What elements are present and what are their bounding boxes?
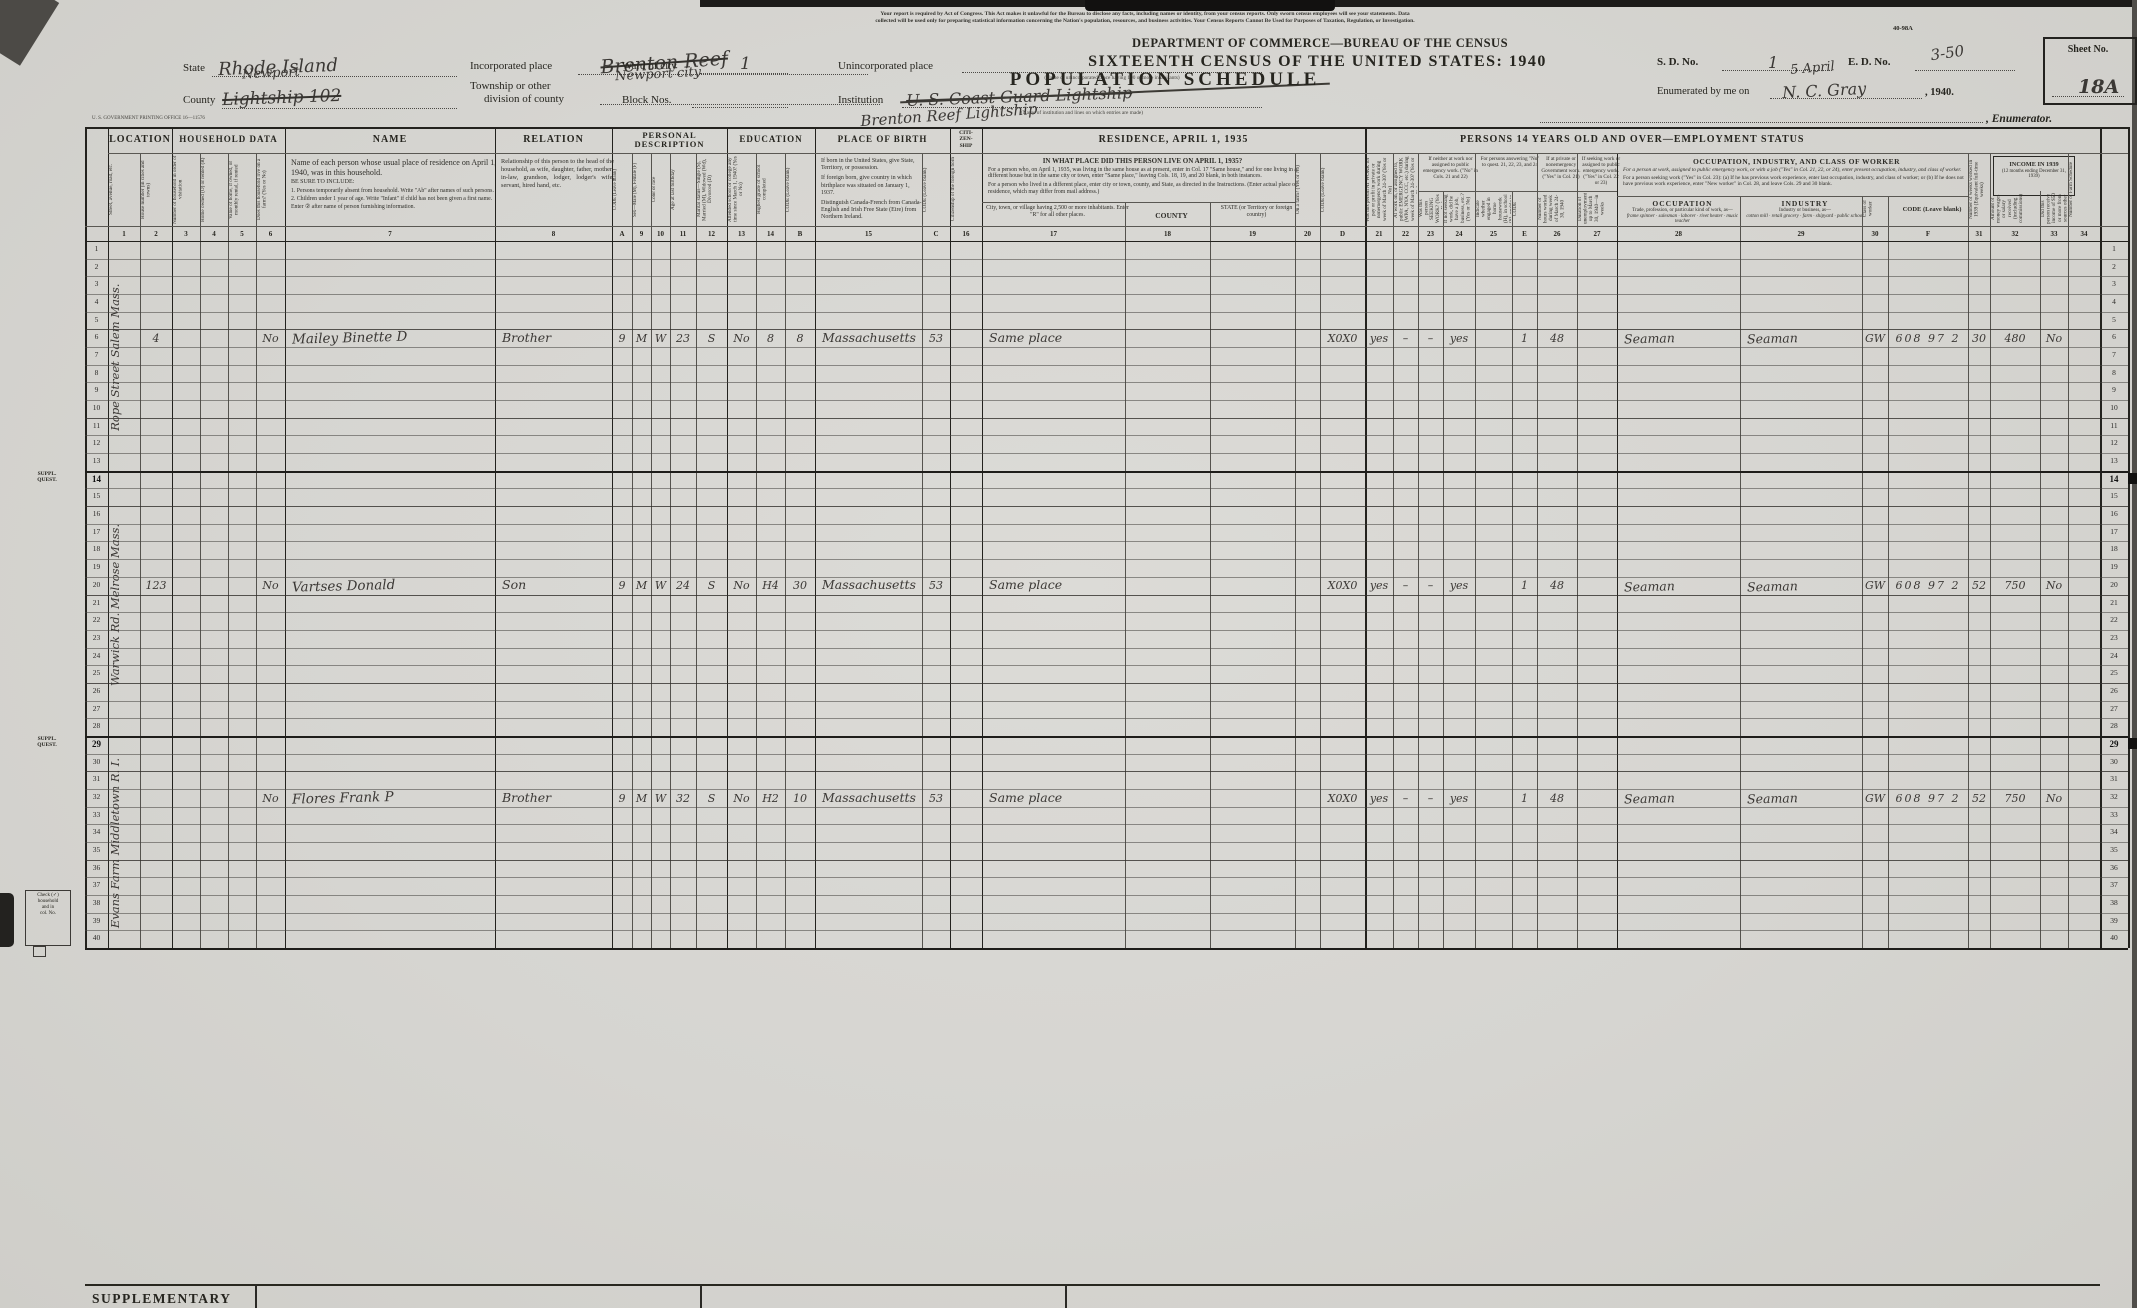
grid-vline-4 (200, 153, 201, 948)
line-number-left-7: 7 (85, 350, 108, 365)
line-number-right-13: 13 (2100, 456, 2128, 471)
column-header-c8: Relationship of this person to the head … (497, 156, 618, 229)
suppl-quest-label-14: SUPPL. QUEST. (28, 471, 66, 487)
column-header-c29-text: INDUSTRY (1744, 199, 1866, 208)
line-number-right-24: 24 (2100, 651, 2128, 666)
entry-c9-line-32: M (632, 786, 651, 806)
line-number-left-14: 14 (85, 474, 108, 489)
check-note-square (33, 946, 46, 957)
line-number-right-12: 12 (2100, 438, 2128, 453)
grid-vline-30 (1512, 191, 1513, 948)
column-header-c15-text: If foreign born, give country in which b… (821, 175, 924, 197)
line-number-left-22: 22 (85, 615, 108, 630)
column-header-c32: Amount of money wages or salary received… (1991, 193, 2039, 224)
entry-cA-line-20: 9 (612, 574, 632, 594)
line-number-left-28: 28 (85, 721, 108, 736)
entry-c13-line-20: No (727, 574, 756, 594)
line-number-left-30: 30 (85, 757, 108, 772)
line-number-left-18: 18 (85, 544, 108, 559)
column-header-c14: Highest grade of school completed (757, 155, 784, 224)
supplementary-title: SUPPLEMENTARY (92, 1291, 232, 1307)
population-schedule-table: LOCATIONHOUSEHOLD DATANAMERELATIONPERSON… (0, 0, 2137, 1308)
entry-cD-line-6: X0X0 (1320, 326, 1365, 346)
entry-c8-line-20: Son (495, 574, 619, 594)
grid-vline-22 (1210, 203, 1211, 948)
column-header-c1: Street, avenue, road, etc. (109, 155, 139, 224)
entry-c26-line-20: 48 (1537, 574, 1577, 594)
row-line-25 (85, 683, 2128, 684)
entry-c29-line-20: Seaman (1740, 572, 1869, 595)
column-header-c9: Sex—Male (M), Female (F) (633, 155, 650, 224)
emp-header-answering-no-group: For persons answering "No" to quest. 21,… (1475, 155, 1545, 195)
entry-c12-line-6: S (696, 326, 727, 346)
row-line-12 (85, 453, 2128, 454)
line-number-left-20: 20 (85, 580, 108, 595)
supplementary-rule (85, 1284, 2100, 1286)
entry-c32-line-20: 750 (1990, 574, 2040, 594)
grid-vline-42 (2128, 127, 2130, 948)
line-number-right-9: 9 (2100, 385, 2128, 400)
grid-vline-33 (1617, 153, 1618, 948)
suppl-quest-label-29: SUPPL. QUEST. (28, 736, 66, 752)
grid-vline-5 (228, 153, 229, 948)
line-number-left-25: 25 (85, 668, 108, 683)
occupation-group-header-text: For a person at work, assigned to public… (1623, 167, 1970, 173)
row-line-2 (85, 276, 2128, 277)
entry-c29-line-6: Seaman (1740, 325, 1869, 348)
entry-c9-line-6: M (632, 326, 651, 346)
line-number-left-36: 36 (85, 863, 108, 878)
line-number-right-15: 15 (2100, 491, 2128, 506)
grid-hline-1 (108, 153, 2128, 154)
line-number-right-25: 25 (2100, 668, 2128, 683)
column-header-c28-text: frame spinner · salesman · laborer · riv… (1621, 214, 1744, 225)
entry-c2-line-6: 4 (140, 326, 172, 346)
line-number-left-37: 37 (85, 880, 108, 895)
line-number-left-33: 33 (85, 810, 108, 825)
column-header-c23: Was this person SEEKING WORK? (Yes or No… (1419, 193, 1442, 224)
line-number-right-33: 33 (2100, 810, 2128, 825)
row-line-28 (85, 736, 2128, 738)
row-line-6 (85, 347, 2128, 348)
line-number-left-10: 10 (85, 403, 108, 418)
column-header-c3: Number of household in order of visitati… (173, 155, 199, 224)
entry-cD-line-20: X0X0 (1320, 574, 1365, 594)
line-number-right-19: 19 (2100, 562, 2128, 577)
line-number-right-1: 1 (2100, 244, 2128, 259)
line-number-right-30: 30 (2100, 757, 2128, 772)
line-number-left-5: 5 (85, 315, 108, 330)
entry-c11-line-32: 32 (670, 786, 696, 806)
line-number-right-18: 18 (2100, 544, 2128, 559)
grid-vline-37 (1968, 153, 1969, 948)
column-header-c16: Citizenship of the foreign born (951, 155, 981, 224)
row-line-37 (85, 895, 2128, 896)
grid-hline-6 (85, 241, 2128, 242)
entry-cC-line-20: 53 (922, 574, 950, 594)
entry-c30-line-6: GW (1862, 326, 1888, 346)
line-number-left-21: 21 (85, 598, 108, 613)
row-line-38 (85, 913, 2128, 914)
column-header-c15-text: Distinguish Canada-French from Canada-En… (821, 200, 924, 222)
line-number-right-38: 38 (2100, 898, 2128, 913)
entry-c24-line-32: yes (1443, 786, 1475, 806)
income-group-header-text: (12 months ending December 31, 1939) (1998, 169, 2070, 180)
line-number-right-37: 37 (2100, 880, 2128, 895)
column-header-c21: Was this person AT WORK for pay or profi… (1366, 155, 1392, 224)
line-number-right-32: 32 (2100, 792, 2128, 807)
line-number-left-3: 3 (85, 279, 108, 294)
entry-c6-line-6: No (256, 326, 285, 346)
grid-vline-2 (140, 153, 141, 948)
grid-vline-16 (785, 153, 786, 948)
column-header-c12: Marital status—Single (S), Married (M), … (697, 155, 726, 224)
grid-hline-3 (1418, 191, 1617, 192)
entry-c10-line-32: W (651, 786, 670, 806)
entry-c28-line-32: Seaman (1617, 784, 1747, 807)
column-header-c7-text: 1. Persons temporarily absent from house… (291, 188, 497, 195)
grid-vline-28 (1443, 191, 1444, 948)
entry-c31-line-32: 52 (1968, 786, 1990, 806)
grid-vline-39 (2040, 191, 2041, 948)
line-number-right-34: 34 (2100, 827, 2128, 842)
line-number-right-3: 3 (2100, 279, 2128, 294)
line-number-left-1: 1 (85, 244, 108, 259)
line-number-right-23: 23 (2100, 633, 2128, 648)
column-header-c4: Home owned (O) or rented (R) (201, 155, 227, 224)
grid-vline-27 (1418, 153, 1419, 948)
grid-vline-40 (2068, 153, 2069, 948)
entry-c23-line-20: – (1418, 574, 1443, 594)
line-number-right-35: 35 (2100, 845, 2128, 860)
entry-c14-line-32: H2 (756, 786, 785, 806)
column-header-c24: If not seeking work, did he have a job, … (1444, 193, 1474, 224)
line-number-right-16: 16 (2100, 509, 2128, 524)
column-header-c26: Number of hours worked during week of Ma… (1538, 193, 1576, 224)
check-note-line-4: col. No. (27, 911, 69, 917)
line-number-left-12: 12 (85, 438, 108, 453)
entry-c32-line-6: 480 (1990, 326, 2040, 346)
entry-c17-line-6: Same place (982, 326, 1132, 346)
line-number-left-15: 15 (85, 491, 108, 506)
income-group-header: INCOME IN 1939(12 months ending December… (1993, 156, 2075, 196)
entry-cC-line-32: 53 (922, 786, 950, 806)
row-line-15 (85, 506, 2128, 507)
line-number-right-2: 2 (2100, 262, 2128, 277)
entry-c23-line-6: – (1418, 326, 1443, 346)
line-number-left-16: 16 (85, 509, 108, 524)
line-number-left-9: 9 (85, 385, 108, 400)
entry-c32-line-32: 750 (1990, 786, 2040, 806)
entry-c23-line-32: – (1418, 786, 1443, 806)
entry-cF-line-32: 608 97 2 (1888, 786, 1968, 806)
row-line-9 (85, 400, 2128, 401)
entry-c8-line-32: Brother (495, 786, 619, 806)
entry-c31-line-20: 52 (1968, 574, 1990, 594)
entry-c7-line-20: Vartses Donald (285, 571, 502, 596)
row-line-23 (85, 648, 2128, 649)
column-header-c33: Did this person receive income of $50 or… (2041, 193, 2067, 224)
column-header-c15: If born in the United States, give State… (817, 156, 928, 229)
line-number-right-7: 7 (2100, 350, 2128, 365)
entry-c6-line-32: No (256, 786, 285, 806)
row-line-22 (85, 630, 2128, 631)
line-number-right-40: 40 (2100, 933, 2128, 948)
line-number-right-5: 5 (2100, 315, 2128, 330)
entry-c29-line-32: Seaman (1740, 784, 1869, 807)
entry-c21-line-20: yes (1365, 574, 1393, 594)
entry-c22-line-20: – (1393, 574, 1418, 594)
entry-c22-line-6: – (1393, 326, 1418, 346)
grid-vline-26 (1393, 153, 1394, 948)
entry-cF-line-20: 608 97 2 (1888, 574, 1968, 594)
line-number-left-13: 13 (85, 456, 108, 471)
entry-c13-line-6: No (727, 326, 756, 346)
entry-c6-line-20: No (256, 574, 285, 594)
column-header-c10: Color or race (652, 155, 669, 224)
entry-c22-line-32: – (1393, 786, 1418, 806)
supplementary-tick-1 (255, 1284, 257, 1308)
column-header-c22: At work on, or assigned to, public EMERG… (1394, 155, 1417, 224)
line-number-left-29: 29 (85, 739, 108, 754)
row-line-20 (85, 595, 2128, 596)
column-header-cD: CODE (Leave blank) (1321, 155, 1364, 224)
entry-c10-line-6: W (651, 326, 670, 346)
entry-cE-line-6: 1 (1512, 326, 1537, 346)
grid-vline-38 (1990, 153, 1991, 948)
entry-c30-line-20: GW (1862, 574, 1888, 594)
entry-c17-line-32: Same place (982, 786, 1132, 806)
entry-c2-line-20: 123 (140, 574, 172, 594)
line-number-right-11: 11 (2100, 421, 2128, 436)
entry-c30-line-32: GW (1862, 786, 1888, 806)
grid-vline-15 (756, 153, 757, 948)
street-entry-2: Warwick Rd. Melrose Mass. (110, 475, 139, 734)
entry-c10-line-20: W (651, 574, 670, 594)
occupation-group-header-text: OCCUPATION, INDUSTRY, AND CLASS OF WORKE… (1623, 157, 1970, 166)
row-line-17 (85, 541, 2128, 542)
column-header-cE: CODE (1513, 193, 1536, 224)
row-line-1 (85, 259, 2128, 260)
column-header-c7-text: Name of each person whose usual place of… (291, 158, 497, 177)
column-header-c5: Value of home, if owned, or monthly rent… (229, 155, 255, 224)
line-number-left-19: 19 (85, 562, 108, 577)
row-line-27 (85, 718, 2128, 719)
entry-c15-line-20: Massachusetts (815, 574, 929, 594)
row-line-18 (85, 559, 2128, 560)
column-header-c7-text: Enter ② after name of person furnishing … (291, 204, 497, 211)
row-line-26 (85, 701, 2128, 702)
row-line-33 (85, 824, 2128, 825)
line-number-right-29: 29 (2100, 739, 2128, 754)
column-header-c7-text: 2. Children under 1 year of age. Write "… (291, 196, 497, 203)
row-line-8 (85, 382, 2128, 383)
column-header-c13: Attended school or college any time sinc… (728, 155, 755, 224)
entry-cE-line-20: 1 (1512, 574, 1537, 594)
line-number-left-11: 11 (85, 421, 108, 436)
supplementary-tick-3 (1065, 1284, 1067, 1308)
line-number-left-32: 32 (85, 792, 108, 807)
grid-vline-24 (1320, 153, 1321, 948)
entry-c12-line-32: S (696, 786, 727, 806)
street-entry-3: Evans Farm Middletown R. I. (110, 740, 139, 946)
emp-header-seeking-group: If neither at work nor assigned to publi… (1418, 155, 1483, 195)
street-entry-1: Rope Street Salem Mass. (110, 245, 139, 469)
entry-c15-line-6: Massachusetts (815, 326, 929, 346)
entry-c24-line-20: yes (1443, 574, 1475, 594)
line-number-left-17: 17 (85, 527, 108, 542)
entry-c28-line-20: Seaman (1617, 572, 1747, 595)
row-line-35 (85, 860, 2128, 861)
entry-cB-line-20: 30 (785, 574, 815, 594)
entry-cF-line-6: 608 97 2 (1888, 326, 1968, 346)
column-header-c11: Age at last birthday (671, 155, 695, 224)
line-number-left-23: 23 (85, 633, 108, 648)
line-number-right-10: 10 (2100, 403, 2128, 418)
check-note-box: Check (✓) household and in col. No. (25, 890, 71, 946)
row-line-21 (85, 612, 2128, 613)
supplementary-tick-2 (700, 1284, 702, 1308)
column-header-c7: Name of each person whose usual place of… (287, 156, 501, 229)
entry-c33-line-32: No (2040, 786, 2068, 806)
entry-c7-line-6: Mailey Binette D (285, 324, 502, 349)
column-header-c7-text: BE SURE TO INCLUDE: (291, 179, 497, 187)
entry-c26-line-6: 48 (1537, 326, 1577, 346)
entry-c7-line-32: Flores Frank P (285, 783, 502, 808)
column-header-c29-text: cotton mill · retail grocery · farm · sh… (1744, 214, 1866, 220)
row-line-16 (85, 524, 2128, 525)
entry-c17-line-20: Same place (982, 574, 1132, 594)
entry-cC-line-6: 53 (922, 326, 950, 346)
line-number-left-35: 35 (85, 845, 108, 860)
entry-c15-line-32: Massachusetts (815, 786, 929, 806)
row-line-4 (85, 312, 2128, 313)
line-number-right-22: 22 (2100, 615, 2128, 630)
entry-c12-line-20: S (696, 574, 727, 594)
grid-vline-23 (1295, 153, 1296, 948)
grid-vline-10 (632, 153, 633, 948)
entry-c24-line-6: yes (1443, 326, 1475, 346)
entry-c8-line-6: Brother (495, 326, 619, 346)
row-line-3 (85, 294, 2128, 295)
row-line-7 (85, 365, 2128, 366)
line-number-left-27: 27 (85, 704, 108, 719)
row-line-36 (85, 877, 2128, 878)
row-line-13 (85, 471, 2128, 473)
census-sheet: Your report is required by Act of Congre… (0, 0, 2137, 1308)
line-number-left-8: 8 (85, 368, 108, 383)
line-number-right-4: 4 (2100, 297, 2128, 312)
row-line-30 (85, 771, 2128, 772)
income-group-header-text: INCOME IN 1939 (1998, 161, 2070, 169)
entry-c33-line-20: No (2040, 574, 2068, 594)
entry-cA-line-32: 9 (612, 786, 632, 806)
grid-hline-5 (85, 226, 2128, 227)
row-line-39 (85, 930, 2128, 931)
row-line-24 (85, 665, 2128, 666)
line-number-right-17: 17 (2100, 527, 2128, 542)
entry-cD-line-32: X0X0 (1320, 786, 1365, 806)
row-line-11 (85, 435, 2128, 436)
grid-vline-36 (1888, 197, 1889, 948)
grid-hline-2 (982, 202, 1295, 203)
entry-c21-line-32: yes (1365, 786, 1393, 806)
row-line-10 (85, 418, 2128, 419)
residence-instructions-text: IN WHAT PLACE DID THIS PERSON LIVE ON AP… (988, 157, 1297, 166)
line-number-left-4: 4 (85, 297, 108, 312)
line-number-right-27: 27 (2100, 704, 2128, 719)
entry-c31-line-6: 30 (1968, 326, 1990, 346)
entry-c14-line-20: H4 (756, 574, 785, 594)
line-number-right-28: 28 (2100, 721, 2128, 736)
grid-vline-32 (1577, 153, 1578, 948)
line-number-right-6: 6 (2100, 332, 2128, 347)
line-number-left-39: 39 (85, 916, 108, 931)
grid-vline-29 (1475, 153, 1476, 948)
line-number-left-38: 38 (85, 898, 108, 913)
column-header-cB: CODE (Leave blank) (786, 155, 814, 224)
occupation-group-header: OCCUPATION, INDUSTRY, AND CLASS OF WORKE… (1619, 155, 1974, 200)
column-header-c27: Duration of unemployment up to March 30,… (1578, 193, 1616, 224)
entry-cB-line-6: 8 (785, 326, 815, 346)
line-number-right-14: 14 (2100, 474, 2128, 489)
entry-c21-line-6: yes (1365, 326, 1393, 346)
entry-c13-line-32: No (727, 786, 756, 806)
grid-vline-13 (696, 153, 697, 948)
line-number-right-36: 36 (2100, 863, 2128, 878)
grid-hline-4 (1617, 196, 1968, 197)
occupation-group-header-text: For a person seeking work ("Yes" in Col.… (1623, 175, 1970, 187)
line-number-left-6: 6 (85, 332, 108, 347)
line-number-left-40: 40 (85, 933, 108, 948)
row-line-29 (85, 754, 2128, 755)
entry-cB-line-32: 10 (785, 786, 815, 806)
grid-hline-0 (85, 127, 2128, 129)
grid-vline-12 (670, 153, 671, 948)
entry-cA-line-6: 9 (612, 326, 632, 346)
column-header-c15-text: If born in the United States, give State… (821, 158, 924, 172)
row-line-34 (85, 842, 2128, 843)
line-number-right-26: 26 (2100, 686, 2128, 701)
row-line-14 (85, 488, 2128, 489)
row-line-32 (85, 807, 2128, 808)
line-number-left-31: 31 (85, 774, 108, 789)
line-number-right-20: 20 (2100, 580, 2128, 595)
row-line-40 (85, 948, 2128, 950)
column-header-c28-text: OCCUPATION (1621, 199, 1744, 208)
line-number-left-26: 26 (85, 686, 108, 701)
line-number-left-34: 34 (85, 827, 108, 842)
entry-c9-line-20: M (632, 574, 651, 594)
entry-c14-line-6: 8 (756, 326, 785, 346)
entry-c28-line-6: Seaman (1617, 325, 1747, 348)
column-header-c25: Indicate whether engaged in home housewo… (1476, 193, 1511, 224)
grid-vline-18 (922, 153, 923, 948)
line-number-right-21: 21 (2100, 598, 2128, 613)
suppl-quest-mark-14 (2128, 473, 2137, 484)
entry-c26-line-32: 48 (1537, 786, 1577, 806)
entry-cE-line-32: 1 (1512, 786, 1537, 806)
residence-instructions-text: For a person who lived in a different pl… (988, 182, 1297, 195)
line-number-right-39: 39 (2100, 916, 2128, 931)
entry-c11-line-6: 23 (670, 326, 696, 346)
entry-c33-line-6: No (2040, 326, 2068, 346)
line-number-left-24: 24 (85, 651, 108, 666)
grid-vline-11 (651, 153, 652, 948)
grid-vline-6 (256, 153, 257, 948)
residence-instructions: IN WHAT PLACE DID THIS PERSON LIVE ON AP… (984, 155, 1301, 206)
line-number-right-8: 8 (2100, 368, 2128, 383)
